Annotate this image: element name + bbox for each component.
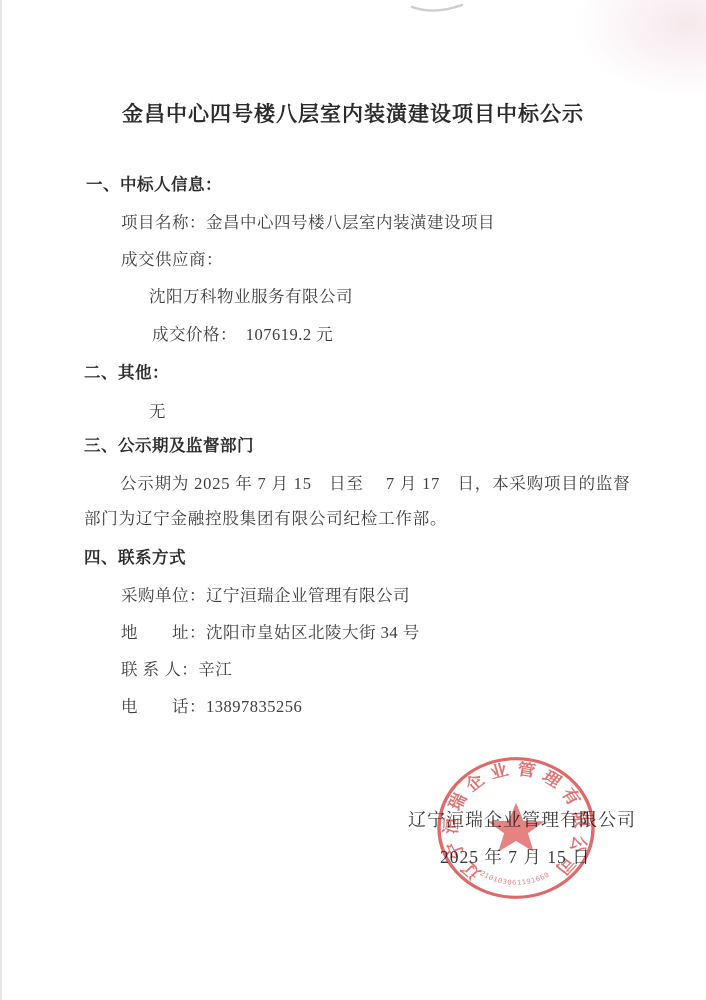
deal-price-line: 成交价格： 107619.2 元: [152, 325, 333, 345]
scan-edge-line: [0, 0, 2, 1000]
publicity-paragraph-line-1: 公示期为 2025 年 7 月 15 日至 7 月 17 日，本采购项目的监督: [120, 474, 631, 494]
scan-pink-tint: [576, 0, 706, 95]
seal-serial-number: 210103061191660: [478, 869, 551, 886]
address-line: 地 址：沈阳市皇姑区北陵大街 34 号: [121, 623, 420, 643]
section-1-heading: 一、中标人信息：: [86, 176, 222, 196]
document-title: 金昌中心四号楼八层室内装潢建设项目中标公示: [0, 98, 706, 128]
scan-smudge: [410, 1, 466, 19]
project-name-line: 项目名称：金昌中心四号楼八层室内装潢建设项目: [121, 213, 495, 233]
supplier-label: 成交供应商：: [121, 250, 223, 270]
other-content: 无: [149, 402, 166, 422]
purchaser-line: 采购单位：辽宁洹瑞企业管理有限公司: [121, 586, 410, 606]
section-4-heading: 四、联系方式: [84, 549, 186, 569]
contact-person-line: 联 系 人：辛江: [121, 660, 232, 680]
scanned-document-page: 金昌中心四号楼八层室内装潢建设项目中标公示 一、中标人信息： 项目名称：金昌中心…: [0, 0, 706, 1000]
seal-star-icon: [488, 803, 545, 852]
publicity-paragraph-line-2: 部门为辽宁金融控股集团有限公司纪检工作部。: [84, 509, 447, 529]
company-seal: 辽宁洹瑞企业管理有限公司 210103061191660: [406, 716, 628, 942]
section-3-heading: 三、公示期及监督部门: [84, 437, 254, 457]
section-2-heading: 二、其他：: [84, 364, 169, 384]
supplier-name: 沈阳万科物业服务有限公司: [149, 287, 353, 307]
phone-line: 电 话：13897835256: [121, 697, 302, 717]
